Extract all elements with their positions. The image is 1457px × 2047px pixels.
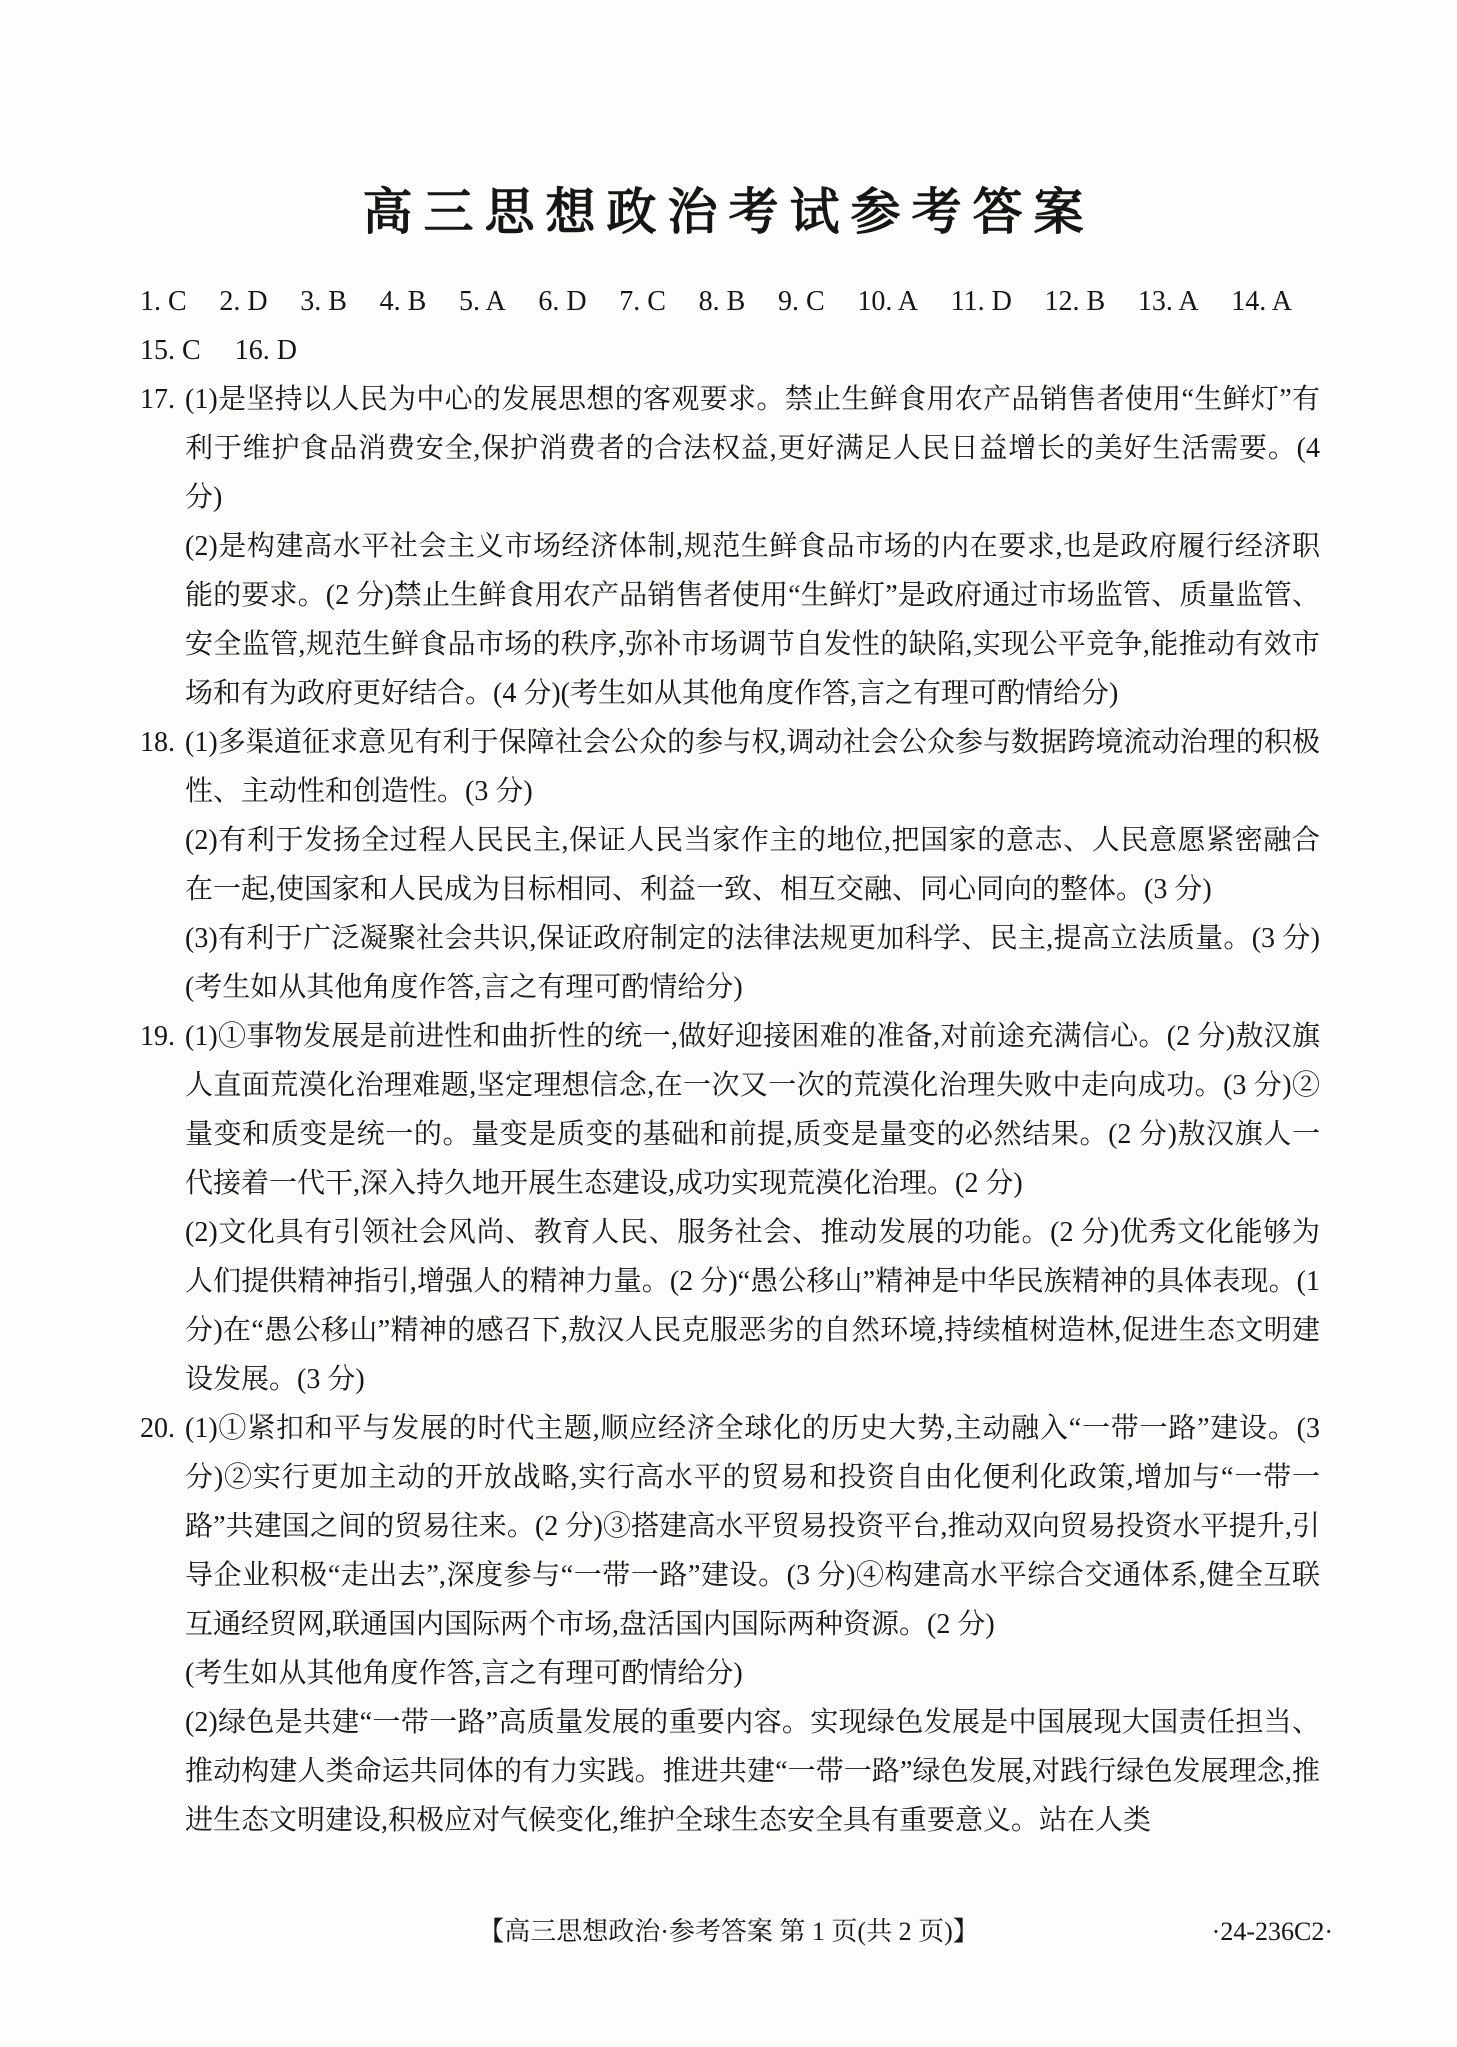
question-number: 19.	[140, 1012, 175, 1061]
answer-item: 14. A	[1231, 277, 1292, 326]
question-number: 17.	[140, 375, 175, 424]
answer-paragraph: (1)①事物发展是前进性和曲折性的统一,做好迎接困难的准备,对前途充满信心。(2…	[185, 1012, 1320, 1208]
question-17-answer: 17. (1)是坚持以人民为中心的发展思想的客观要求。禁止生鲜食用农产品销售者使…	[140, 375, 1320, 718]
page-title: 高三思想政治考试参考答案	[0, 182, 1457, 242]
answer-key-row-2: 15. C 16. D	[140, 326, 1292, 375]
answer-item: 13. A	[1138, 277, 1199, 326]
exam-answer-sheet-page: 高三思想政治考试参考答案 1. C 2. D 3. B 4. B 5. A 6.…	[0, 0, 1457, 2047]
answer-paragraph: (3)有利于广泛凝聚社会共识,保证政府制定的法律法规更加科学、民主,提高立法质量…	[185, 914, 1320, 1012]
answer-item: 15. C	[140, 326, 201, 375]
answer-item: 2. D	[219, 277, 267, 326]
answer-item: 7. C	[619, 277, 666, 326]
answer-paragraph: (考生如从其他角度作答,言之有理可酌情给分)	[185, 1649, 1320, 1698]
answer-item: 10. A	[857, 277, 918, 326]
answer-key-row-1: 1. C 2. D 3. B 4. B 5. A 6. D 7. C 8. B …	[140, 277, 1292, 326]
answer-item: 6. D	[538, 277, 586, 326]
page-content: 1. C 2. D 3. B 4. B 5. A 6. D 7. C 8. B …	[140, 277, 1320, 1845]
question-number: 18.	[140, 718, 175, 767]
answer-paragraph: (1)①紧扣和平与发展的时代主题,顺应经济全球化的历史大势,主动融入“一带一路”…	[185, 1404, 1320, 1649]
page-footer: 【高三思想政治·参考答案 第 1 页(共 2 页)】 ·24-236C2·	[0, 1916, 1457, 1948]
answer-item: 9. C	[778, 277, 825, 326]
answer-paragraph: (2)绿色是共建“一带一路”高质量发展的重要内容。实现绿色发展是中国展现大国责任…	[185, 1698, 1320, 1845]
answer-paragraph: (2)文化具有引领社会风尚、教育人民、服务社会、推动发展的功能。(2 分)优秀文…	[185, 1208, 1320, 1404]
answer-item: 1. C	[140, 277, 187, 326]
answer-item: 8. B	[699, 277, 746, 326]
answer-paragraph: (1)是坚持以人民为中心的发展思想的客观要求。禁止生鲜食用农产品销售者使用“生鲜…	[185, 375, 1320, 522]
answer-item: 11. D	[951, 277, 1012, 326]
question-number: 20.	[140, 1404, 175, 1453]
answer-item: 3. B	[300, 277, 347, 326]
answer-item: 12. B	[1045, 277, 1106, 326]
answer-paragraph: (2)有利于发扬全过程人民民主,保证人民当家作主的地位,把国家的意志、人民意愿紧…	[185, 816, 1320, 914]
footer-paper-code: ·24-236C2·	[1212, 1916, 1333, 1948]
question-19-answer: 19. (1)①事物发展是前进性和曲折性的统一,做好迎接困难的准备,对前途充满信…	[140, 1012, 1320, 1404]
question-18-answer: 18. (1)多渠道征求意见有利于保障社会公众的参与权,调动社会公众参与数据跨境…	[140, 718, 1320, 1012]
answer-item: 16. D	[235, 326, 297, 375]
answer-paragraph: (1)多渠道征求意见有利于保障社会公众的参与权,调动社会公众参与数据跨境流动治理…	[185, 718, 1320, 816]
answer-item: 5. A	[459, 277, 506, 326]
question-20-answer: 20. (1)①紧扣和平与发展的时代主题,顺应经济全球化的历史大势,主动融入“一…	[140, 1404, 1320, 1845]
answer-item: 4. B	[380, 277, 427, 326]
answer-paragraph: (2)是构建高水平社会主义市场经济体制,规范生鲜食品市场的内在要求,也是政府履行…	[185, 522, 1320, 718]
